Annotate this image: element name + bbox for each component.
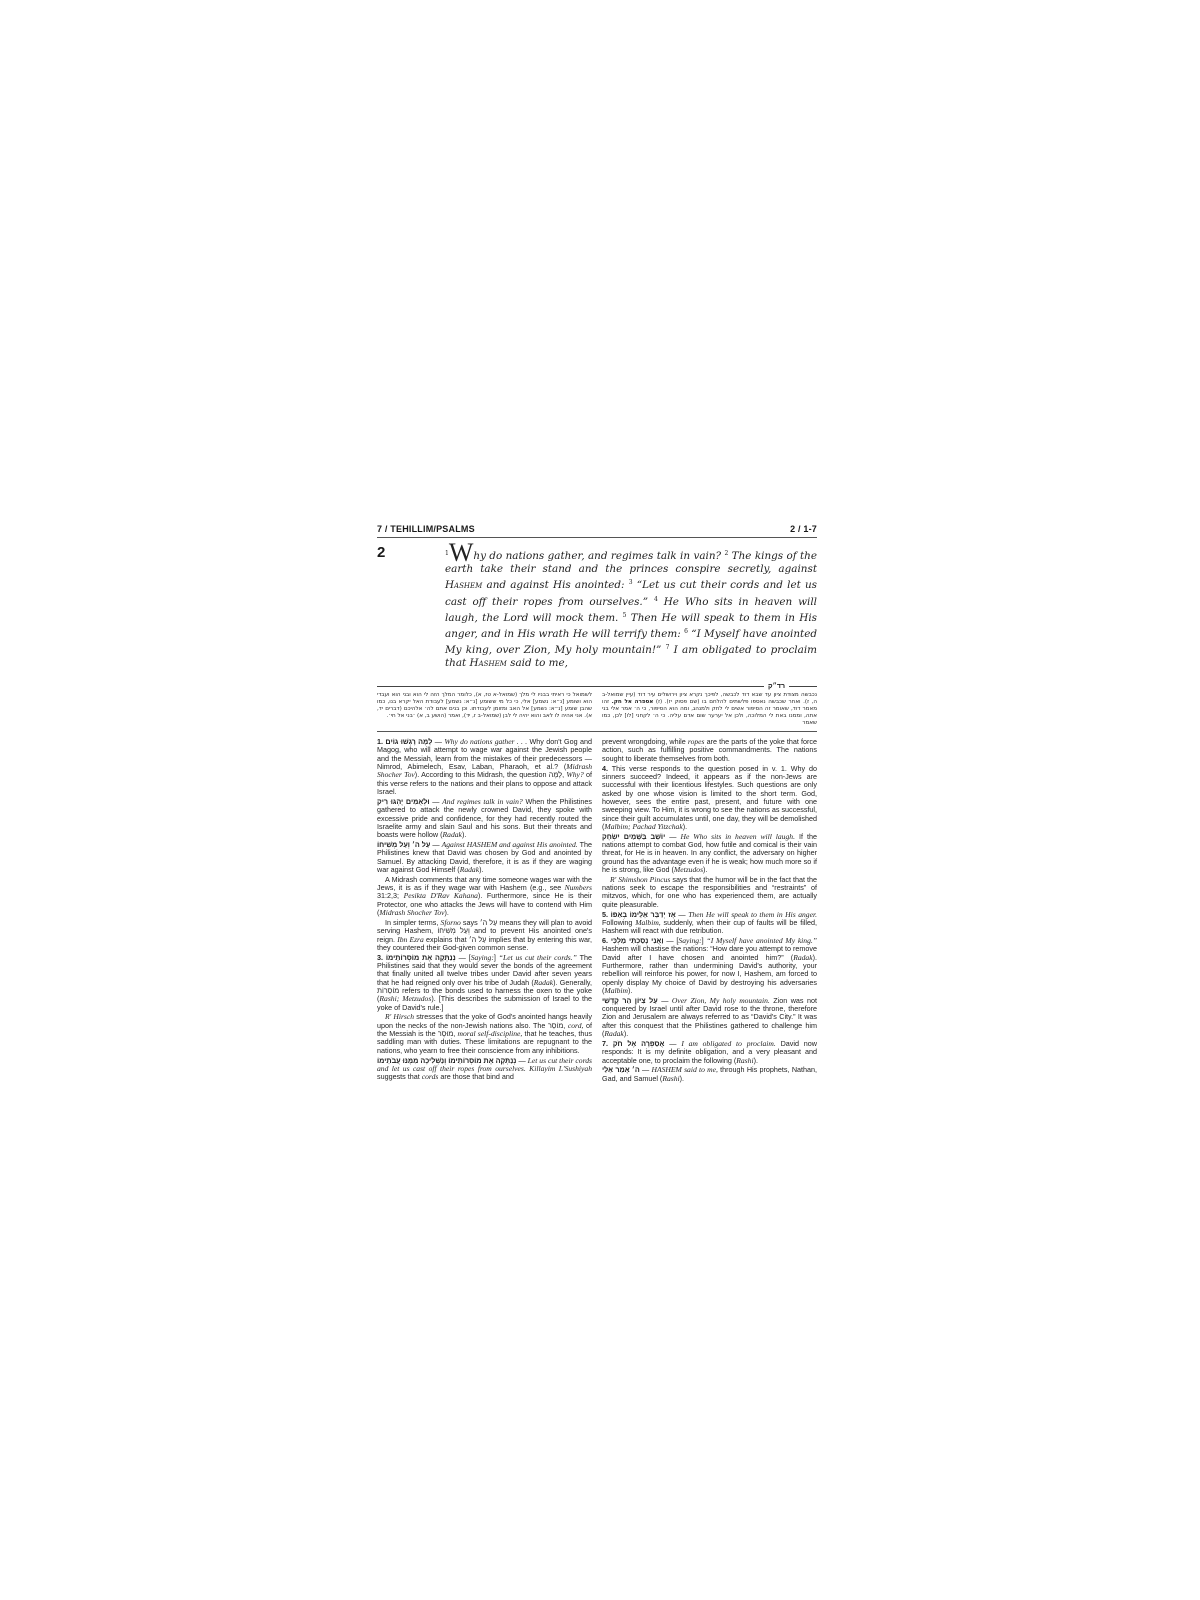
radak-column-right: נכבשה מצודת ציון עד שבא דוד לכבשה, לפיכך…: [602, 692, 817, 727]
running-head-reference: 2 / 1-7: [790, 524, 817, 534]
commentary-paragraph: וּלְאֻמִּים יֶהְגּוּ רִיק — And regimes …: [377, 798, 592, 840]
commentary-paragraph: 4. This verse responds to the question p…: [602, 765, 817, 832]
commentary-paragraph: 3. נְנַתְּקָה אֶת מוֹסְרוֹתֵימוֹ — [Sayi…: [377, 954, 592, 1012]
running-head-title: 7 / TEHILLIM/PSALMS: [377, 524, 475, 534]
chapter-number: 2: [377, 544, 445, 671]
commentary-paragraph: ה׳ אָמַר אֵלַי — HASHEM said to me, thro…: [602, 1066, 817, 1083]
book-page: 7 / TEHILLIM/PSALMS 2 / 1-7 2 1Why do na…: [377, 524, 817, 1084]
radak-rule-right: [789, 686, 817, 687]
radak-rule-left: [377, 686, 764, 687]
commentary-paragraph: 1. לָמָּה רָגְשׁוּ גוֹיִם — Why do natio…: [377, 738, 592, 796]
commentary-paragraph: R' Hirsch stresses that the yoke of God'…: [377, 1013, 592, 1055]
commentary-paragraph: עַל ה׳ וְעַל מְשִׁיחוֹ — Against HASHEM …: [377, 841, 592, 874]
commentary-paragraph: In simpler terms, Sforno says עַל ה׳ mea…: [377, 919, 592, 952]
radak-column-left: לשמואל כי ראיתי בבניו לי מלך (שמואל-א טז…: [377, 692, 592, 727]
commentary-column-right: prevent wrongdoing, while ropes are the …: [602, 738, 817, 1084]
section-divider: [377, 731, 817, 732]
commentary-paragraph: עַל צִיּוֹן הַר קָדְשִׁי — Over Zion, My…: [602, 997, 817, 1039]
english-commentary: 1. לָמָּה רָגְשׁוּ גוֹיִם — Why do natio…: [377, 738, 817, 1084]
commentary-paragraph: 7. אֲסַפְּרָה אֶל חֹק — I am obligated t…: [602, 1040, 817, 1065]
commentary-paragraph: 6. וַאֲנִי נָסַכְתִּי מַלְכִּי — [Saying…: [602, 937, 817, 995]
commentary-column-left: 1. לָמָּה רָגְשׁוּ גוֹיִם — Why do natio…: [377, 738, 592, 1084]
radak-header: רד״ק: [377, 683, 817, 690]
psalm-text-block: 2 1Why do nations gather, and regimes ta…: [377, 544, 817, 671]
radak-title: רד״ק: [768, 683, 785, 690]
commentary-paragraph: 5. אָז יְדַבֵּר אֵלֵימוֹ בְאַפּוֹ — Then…: [602, 911, 817, 936]
commentary-paragraph: A Midrash comments that any time someone…: [377, 876, 592, 918]
radak-commentary: נכבשה מצודת ציון עד שבא דוד לכבשה, לפיכך…: [377, 692, 817, 727]
commentary-paragraph: R' Shimshon Pincus says that the humor w…: [602, 876, 817, 909]
commentary-paragraph: prevent wrongdoing, while ropes are the …: [602, 738, 817, 763]
commentary-paragraph: יוֹשֵׁב בַּשָּׁמַיִם יִשְׂחָק — He Who s…: [602, 833, 817, 875]
running-head: 7 / TEHILLIM/PSALMS 2 / 1-7: [377, 524, 817, 538]
commentary-paragraph: נְנַתְּקָה אֶת מוֹסְרוֹתֵימוֹ וְנַשְׁלִי…: [377, 1057, 592, 1082]
psalm-verses: 1Why do nations gather, and regimes talk…: [445, 544, 817, 671]
